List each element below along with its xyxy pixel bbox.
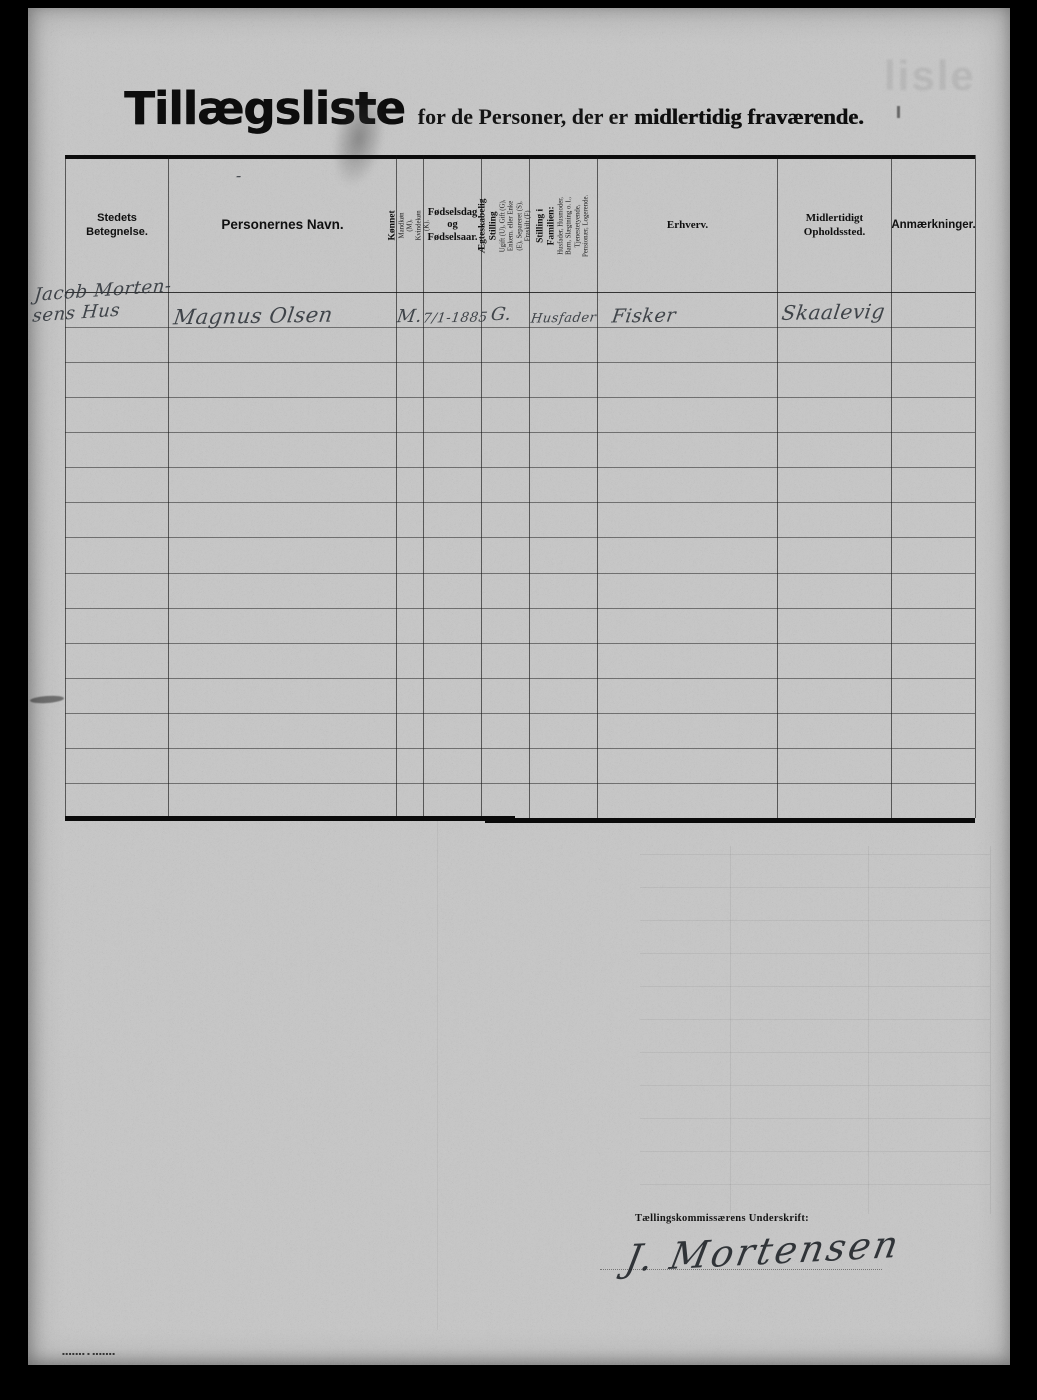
fold-crease [437, 820, 438, 1330]
entry-text-line: Fisker [610, 304, 677, 327]
column-title-line: Fødselsaar. [427, 232, 477, 245]
row-line [65, 537, 975, 538]
entry-field-ophold: Skaalevig [780, 299, 887, 325]
census-table: StedetsBetegnelse.Personernes Navn.Kønne… [28, 8, 1010, 1365]
row-line [65, 397, 975, 398]
entry-text-line: Magnus Olsen [172, 303, 334, 330]
table-bottom-rule [485, 818, 975, 823]
row-line [65, 467, 975, 468]
column-line [975, 155, 976, 818]
header-vertical-text-aegteskab: Ægteskabelig StillingUgift (U), Gift (G)… [478, 198, 534, 253]
row-line [65, 362, 975, 363]
signature-baseline [600, 1238, 882, 1270]
scanned-census-form-page: lisle Tillægsliste for de Personer, der … [28, 8, 1010, 1365]
column-title: Kønnet [388, 210, 399, 240]
header-cell-ophold: MidlertidigtOpholdssted. [778, 159, 891, 292]
table-bottom-rule [65, 816, 515, 821]
column-title-line: Erhverv. [667, 219, 708, 232]
row-line [65, 608, 975, 609]
signature-label: Tællingskommissærens Underskrift: [635, 1213, 809, 1224]
column-title-line: Midlertidigt [806, 212, 863, 225]
entry-field-navn: Magnus Olsen [172, 303, 334, 330]
row-line [65, 713, 975, 714]
row-line [65, 432, 975, 433]
column-title-line: Anmærkninger. [891, 219, 975, 233]
row-line [65, 573, 975, 574]
column-title: Ægteskabelig Stilling [478, 198, 500, 253]
entry-field-aegteskab: G. [489, 304, 512, 325]
column-title-line: Opholdssted. [804, 226, 865, 239]
column-title-line: Stedets [97, 212, 137, 225]
column-subtitle: Ugift (U), Gift (G), Enkem. eller Enke (… [499, 198, 533, 253]
header-cell-koen: KønnetMandkøn (M), Kvindekøn (K). [397, 159, 423, 292]
row-line [65, 643, 975, 644]
entry-field-foedsel: 7/1-1885 [422, 309, 489, 326]
column-title-line: Fødselsdag [428, 207, 478, 220]
column-title-line: Personernes Navn. [221, 217, 343, 233]
row-line [65, 748, 975, 749]
row-line [65, 678, 975, 679]
row-line [65, 502, 975, 503]
entry-text-line: G. [489, 304, 512, 325]
header-cell-sted: StedetsBetegnelse. [66, 159, 168, 292]
column-title-line: Betegnelse. [86, 226, 148, 239]
column-title: Stilling i Familien: [536, 192, 558, 259]
entry-field-koen: M. [395, 306, 423, 327]
entry-text-line: Skaalevig [780, 299, 887, 325]
entry-text-line: Husfader [530, 310, 597, 326]
header-cell-anm: Anmærkninger. [892, 159, 975, 292]
header-cell-erhverv: Erhverv. [598, 159, 777, 292]
header-vertical-text-stilling: Stilling i Familien:Husfader, Husmoder, … [536, 192, 592, 259]
header-cell-aegteskab: Ægteskabelig StillingUgift (U), Gift (G)… [482, 159, 529, 292]
entry-text-line: 7/1-1885 [422, 309, 489, 326]
entry-text-line: M. [395, 306, 423, 327]
header-bottom-line [65, 292, 975, 293]
entry-field-stilling: Husfader [530, 310, 597, 326]
column-subtitle: Husfader, Husmoder, Barn, Slægtning o. l… [557, 192, 591, 259]
header-cell-foedsel: FødselsdagogFødselsaar. [424, 159, 481, 292]
printer-mark: ▪▪▪▪▪▪▪ ▪ ▪▪▪▪▪▪▪ [62, 1351, 115, 1356]
header-cell-stilling: Stilling i Familien:Husfader, Husmoder, … [530, 159, 597, 292]
header-cell-navn: Personernes Navn. [169, 159, 396, 292]
entry-field-sted: Jacob Morten-sens Hus [32, 275, 173, 326]
entry-field-erhverv: Fisker [610, 304, 677, 327]
column-title-line: og [447, 219, 458, 232]
row-line [65, 783, 975, 784]
